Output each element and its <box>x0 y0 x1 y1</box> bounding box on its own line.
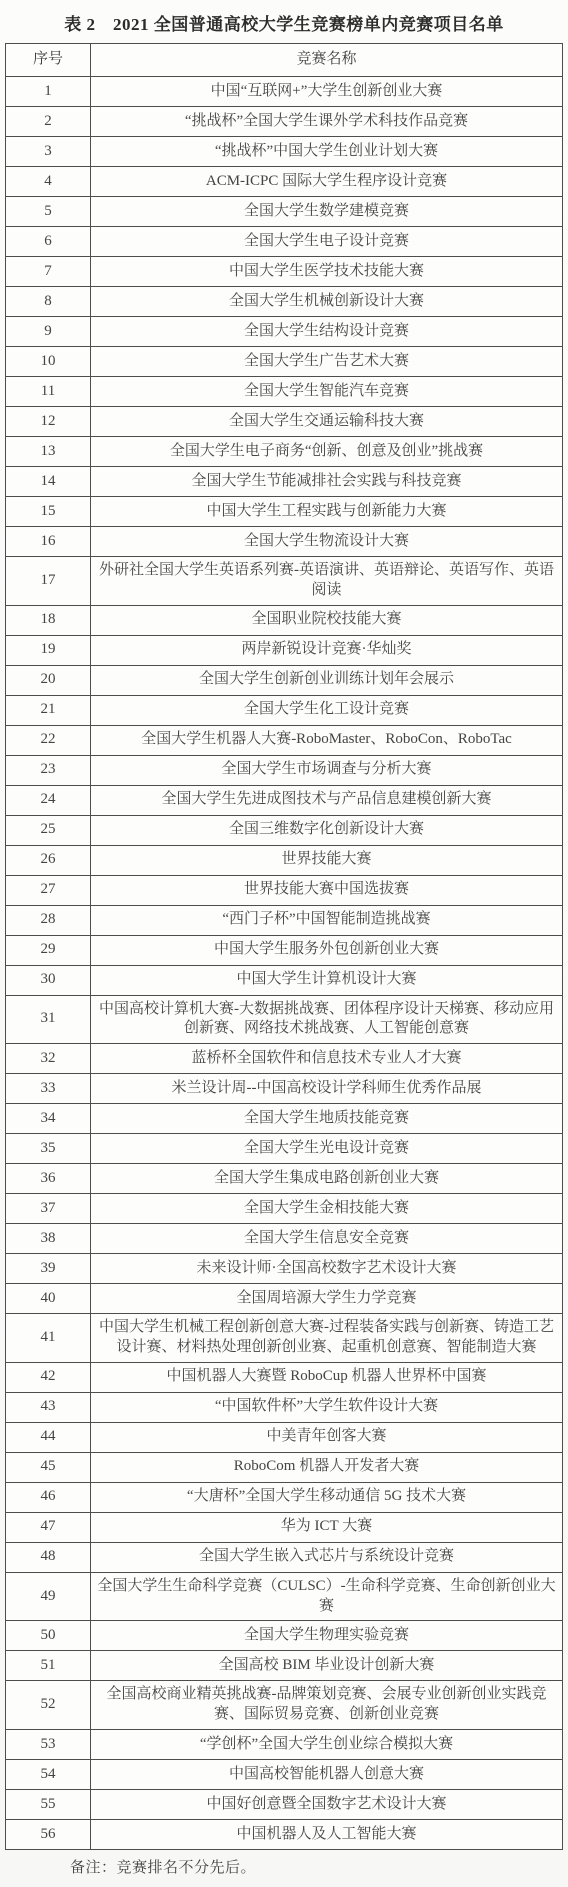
table-row: 35全国大学生光电设计竞赛 <box>6 1134 563 1164</box>
competition-name-cell: 全国大学生金相技能大赛 <box>91 1194 563 1224</box>
row-index-cell: 28 <box>6 905 91 935</box>
row-index-cell: 26 <box>6 845 91 875</box>
competition-name-cell: 蓝桥杯全国软件和信息技术专业人才大赛 <box>91 1044 563 1074</box>
row-index-cell: 45 <box>6 1452 91 1482</box>
table-row: 21全国大学生化工设计竞赛 <box>6 695 563 725</box>
footnote: 备注：竞赛排名不分先后。 <box>4 1850 564 1877</box>
table-row: 8全国大学生机械创新设计大赛 <box>6 287 563 317</box>
competition-name-cell: 全国大学生节能减排社会实践与科技竞赛 <box>91 467 563 497</box>
competition-name-cell: “学创杯”全国大学生创业综合模拟大赛 <box>91 1729 563 1759</box>
table-row: 16全国大学生物流设计大赛 <box>6 527 563 557</box>
competition-name-cell: 全国大学生集成电路创新创业大赛 <box>91 1164 563 1194</box>
competition-name-cell: 中国大学生医学技术技能大赛 <box>91 257 563 287</box>
row-index-cell: 44 <box>6 1422 91 1452</box>
table-row: 28“西门子杯”中国智能制造挑战赛 <box>6 905 563 935</box>
row-index-cell: 35 <box>6 1134 91 1164</box>
row-index-cell: 56 <box>6 1819 91 1849</box>
table-row: 54中国高校智能机器人创意大赛 <box>6 1759 563 1789</box>
table-row: 29中国大学生服务外包创新创业大赛 <box>6 935 563 965</box>
table-row: 4ACM-ICPC 国际大学生程序设计竞赛 <box>6 167 563 197</box>
table-row: 33米兰设计周--中国高校设计学科师生优秀作品展 <box>6 1074 563 1104</box>
row-index-cell: 31 <box>6 995 91 1044</box>
competition-name-cell: 中美青年创客大赛 <box>91 1422 563 1452</box>
competition-name-cell: “西门子杯”中国智能制造挑战赛 <box>91 905 563 935</box>
competition-name-cell: 全国大学生光电设计竞赛 <box>91 1134 563 1164</box>
table-row: 18全国职业院校技能大赛 <box>6 605 563 635</box>
table-row: 32蓝桥杯全国软件和信息技术专业人才大赛 <box>6 1044 563 1074</box>
competition-name-cell: 中国大学生服务外包创新创业大赛 <box>91 935 563 965</box>
table-row: 13全国大学生电子商务“创新、创意及创业”挑战赛 <box>6 437 563 467</box>
table-row: 20全国大学生创新创业训练计划年会展示 <box>6 665 563 695</box>
row-index-cell: 19 <box>6 635 91 665</box>
row-index-cell: 43 <box>6 1392 91 1422</box>
table-row: 55中国好创意暨全国数字艺术设计大赛 <box>6 1789 563 1819</box>
row-index-cell: 15 <box>6 497 91 527</box>
header-cell-index: 序号 <box>6 44 91 77</box>
competition-table-header: 序号 竞赛名称 <box>6 44 563 77</box>
row-index-cell: 36 <box>6 1164 91 1194</box>
row-index-cell: 9 <box>6 317 91 347</box>
competition-name-cell: 全国大学生电子商务“创新、创意及创业”挑战赛 <box>91 437 563 467</box>
table-row: 27世界技能大赛中国选拔赛 <box>6 875 563 905</box>
table-row: 23全国大学生市场调查与分析大赛 <box>6 755 563 785</box>
table-row: 17外研社全国大学生英语系列赛-英语演讲、英语辩论、英语写作、英语阅读 <box>6 557 563 606</box>
competition-name-cell: 米兰设计周--中国高校设计学科师生优秀作品展 <box>91 1074 563 1104</box>
competition-name-cell: 中国好创意暨全国数字艺术设计大赛 <box>91 1789 563 1819</box>
table-row: 56中国机器人及人工智能大赛 <box>6 1819 563 1849</box>
row-index-cell: 18 <box>6 605 91 635</box>
competition-name-cell: 两岸新锐设计竞赛·华灿奖 <box>91 635 563 665</box>
row-index-cell: 29 <box>6 935 91 965</box>
competition-name-cell: 全国大学生化工设计竞赛 <box>91 695 563 725</box>
competition-name-cell: 中国机器人及人工智能大赛 <box>91 1819 563 1849</box>
table-row: 48全国大学生嵌入式芯片与系统设计竞赛 <box>6 1542 563 1572</box>
row-index-cell: 8 <box>6 287 91 317</box>
row-index-cell: 33 <box>6 1074 91 1104</box>
row-index-cell: 55 <box>6 1789 91 1819</box>
table-row: 2“挑战杯”全国大学生课外学术科技作品竞赛 <box>6 107 563 137</box>
competition-name-cell: 中国高校计算机大赛-大数据挑战赛、团体程序设计天梯赛、移动应用创新赛、网络技术挑… <box>91 995 563 1044</box>
row-index-cell: 11 <box>6 377 91 407</box>
row-index-cell: 38 <box>6 1224 91 1254</box>
table-row: 24全国大学生先进成图技术与产品信息建模创新大赛 <box>6 785 563 815</box>
row-index-cell: 54 <box>6 1759 91 1789</box>
table-row: 15中国大学生工程实践与创新能力大赛 <box>6 497 563 527</box>
header-row: 序号 竞赛名称 <box>6 44 563 77</box>
competition-name-cell: 全国大学生生命科学竞赛（CULSC）-生命科学竞赛、生命创新创业大赛 <box>91 1572 563 1621</box>
table-row: 49全国大学生生命科学竞赛（CULSC）-生命科学竞赛、生命创新创业大赛 <box>6 1572 563 1621</box>
row-index-cell: 30 <box>6 965 91 995</box>
row-index-cell: 21 <box>6 695 91 725</box>
row-index-cell: 32 <box>6 1044 91 1074</box>
table-row: 36全国大学生集成电路创新创业大赛 <box>6 1164 563 1194</box>
row-index-cell: 10 <box>6 347 91 377</box>
competition-name-cell: 全国大学生电子设计竞赛 <box>91 227 563 257</box>
row-index-cell: 12 <box>6 407 91 437</box>
row-index-cell: 41 <box>6 1314 91 1363</box>
table-row: 50全国大学生物理实验竞赛 <box>6 1621 563 1651</box>
row-index-cell: 50 <box>6 1621 91 1651</box>
competition-name-cell: “挑战杯”中国大学生创业计划大赛 <box>91 137 563 167</box>
row-index-cell: 39 <box>6 1254 91 1284</box>
row-index-cell: 20 <box>6 665 91 695</box>
table-row: 39未来设计师·全国高校数字艺术设计大赛 <box>6 1254 563 1284</box>
competition-name-cell: 全国大学生嵌入式芯片与系统设计竞赛 <box>91 1542 563 1572</box>
competition-name-cell: 中国大学生计算机设计大赛 <box>91 965 563 995</box>
competition-table: 序号 竞赛名称 1中国“互联网+”大学生创新创业大赛2“挑战杯”全国大学生课外学… <box>5 43 563 1850</box>
competition-name-cell: 全国大学生广告艺术大赛 <box>91 347 563 377</box>
row-index-cell: 27 <box>6 875 91 905</box>
row-index-cell: 34 <box>6 1104 91 1134</box>
competition-name-cell: 外研社全国大学生英语系列赛-英语演讲、英语辩论、英语写作、英语阅读 <box>91 557 563 606</box>
table-row: 30中国大学生计算机设计大赛 <box>6 965 563 995</box>
competition-name-cell: 世界技能大赛中国选拔赛 <box>91 875 563 905</box>
competition-name-cell: 全国大学生交通运输科技大赛 <box>91 407 563 437</box>
competition-name-cell: 全国大学生机械创新设计大赛 <box>91 287 563 317</box>
competition-name-cell: 全国职业院校技能大赛 <box>91 605 563 635</box>
table-row: 26世界技能大赛 <box>6 845 563 875</box>
competition-name-cell: 全国大学生创新创业训练计划年会展示 <box>91 665 563 695</box>
competition-name-cell: 未来设计师·全国高校数字艺术设计大赛 <box>91 1254 563 1284</box>
row-index-cell: 37 <box>6 1194 91 1224</box>
competition-name-cell: 世界技能大赛 <box>91 845 563 875</box>
table-row: 31中国高校计算机大赛-大数据挑战赛、团体程序设计天梯赛、移动应用创新赛、网络技… <box>6 995 563 1044</box>
table-row: 42中国机器人大赛暨 RoboCup 机器人世界杯中国赛 <box>6 1362 563 1392</box>
row-index-cell: 17 <box>6 557 91 606</box>
competition-name-cell: 全国大学生智能汽车竞赛 <box>91 377 563 407</box>
document-page: 表 2 2021 全国普通高校大学生竞赛榜单内竞赛项目名单 序号 竞赛名称 1中… <box>0 0 568 1887</box>
table-row: 7中国大学生医学技术技能大赛 <box>6 257 563 287</box>
competition-name-cell: 全国三维数字化创新设计大赛 <box>91 815 563 845</box>
competition-name-cell: 全国大学生信息安全竞赛 <box>91 1224 563 1254</box>
row-index-cell: 1 <box>6 77 91 107</box>
row-index-cell: 48 <box>6 1542 91 1572</box>
table-row: 44中美青年创客大赛 <box>6 1422 563 1452</box>
row-index-cell: 6 <box>6 227 91 257</box>
table-row: 9全国大学生结构设计竞赛 <box>6 317 563 347</box>
competition-name-cell: “中国软件杯”大学生软件设计大赛 <box>91 1392 563 1422</box>
table-row: 52全国高校商业精英挑战赛-品牌策划竞赛、会展专业创新创业实践竞赛、国际贸易竞赛… <box>6 1681 563 1730</box>
row-index-cell: 16 <box>6 527 91 557</box>
row-index-cell: 47 <box>6 1512 91 1542</box>
competition-name-cell: 中国大学生工程实践与创新能力大赛 <box>91 497 563 527</box>
table-row: 19两岸新锐设计竞赛·华灿奖 <box>6 635 563 665</box>
table-row: 1中国“互联网+”大学生创新创业大赛 <box>6 77 563 107</box>
row-index-cell: 42 <box>6 1362 91 1392</box>
table-row: 51全国高校 BIM 毕业设计创新大赛 <box>6 1651 563 1681</box>
row-index-cell: 14 <box>6 467 91 497</box>
row-index-cell: 51 <box>6 1651 91 1681</box>
competition-name-cell: 全国大学生物理实验竞赛 <box>91 1621 563 1651</box>
table-row: 25全国三维数字化创新设计大赛 <box>6 815 563 845</box>
table-row: 3“挑战杯”中国大学生创业计划大赛 <box>6 137 563 167</box>
row-index-cell: 7 <box>6 257 91 287</box>
table-row: 45RoboCom 机器人开发者大赛 <box>6 1452 563 1482</box>
competition-name-cell: “挑战杯”全国大学生课外学术科技作品竞赛 <box>91 107 563 137</box>
table-row: 34全国大学生地质技能竞赛 <box>6 1104 563 1134</box>
table-row: 12全国大学生交通运输科技大赛 <box>6 407 563 437</box>
table-row: 10全国大学生广告艺术大赛 <box>6 347 563 377</box>
row-index-cell: 24 <box>6 785 91 815</box>
competition-name-cell: ACM-ICPC 国际大学生程序设计竞赛 <box>91 167 563 197</box>
row-index-cell: 13 <box>6 437 91 467</box>
row-index-cell: 4 <box>6 167 91 197</box>
competition-name-cell: 全国大学生机器人大赛-RoboMaster、RoboCon、RoboTac <box>91 725 563 755</box>
table-row: 47华为 ICT 大赛 <box>6 1512 563 1542</box>
competition-name-cell: 全国高校 BIM 毕业设计创新大赛 <box>91 1651 563 1681</box>
competition-name-cell: 全国大学生先进成图技术与产品信息建模创新大赛 <box>91 785 563 815</box>
header-cell-competition-name: 竞赛名称 <box>91 44 563 77</box>
row-index-cell: 46 <box>6 1482 91 1512</box>
table-row: 11全国大学生智能汽车竞赛 <box>6 377 563 407</box>
row-index-cell: 52 <box>6 1681 91 1730</box>
table-row: 38全国大学生信息安全竞赛 <box>6 1224 563 1254</box>
competition-name-cell: 全国高校商业精英挑战赛-品牌策划竞赛、会展专业创新创业实践竞赛、国际贸易竞赛、创… <box>91 1681 563 1730</box>
competition-name-cell: 中国“互联网+”大学生创新创业大赛 <box>91 77 563 107</box>
competition-name-cell: “大唐杯”全国大学生移动通信 5G 技术大赛 <box>91 1482 563 1512</box>
competition-name-cell: 全国周培源大学生力学竞赛 <box>91 1284 563 1314</box>
row-index-cell: 22 <box>6 725 91 755</box>
table-row: 14全国大学生节能减排社会实践与科技竞赛 <box>6 467 563 497</box>
competition-name-cell: 中国高校智能机器人创意大赛 <box>91 1759 563 1789</box>
row-index-cell: 5 <box>6 197 91 227</box>
competition-name-cell: 中国机器人大赛暨 RoboCup 机器人世界杯中国赛 <box>91 1362 563 1392</box>
table-row: 53“学创杯”全国大学生创业综合模拟大赛 <box>6 1729 563 1759</box>
table-row: 41中国大学生机械工程创新创意大赛-过程装备实践与创新赛、铸造工艺设计赛、材料热… <box>6 1314 563 1363</box>
competition-name-cell: 全国大学生市场调查与分析大赛 <box>91 755 563 785</box>
table-row: 22全国大学生机器人大赛-RoboMaster、RoboCon、RoboTac <box>6 725 563 755</box>
row-index-cell: 2 <box>6 107 91 137</box>
competition-name-cell: 中国大学生机械工程创新创意大赛-过程装备实践与创新赛、铸造工艺设计赛、材料热处理… <box>91 1314 563 1363</box>
row-index-cell: 49 <box>6 1572 91 1621</box>
competition-name-cell: 全国大学生结构设计竞赛 <box>91 317 563 347</box>
competition-table-body: 1中国“互联网+”大学生创新创业大赛2“挑战杯”全国大学生课外学术科技作品竞赛3… <box>6 77 563 1850</box>
row-index-cell: 53 <box>6 1729 91 1759</box>
competition-name-cell: 全国大学生数学建模竞赛 <box>91 197 563 227</box>
row-index-cell: 23 <box>6 755 91 785</box>
row-index-cell: 25 <box>6 815 91 845</box>
competition-name-cell: 全国大学生物流设计大赛 <box>91 527 563 557</box>
competition-name-cell: 全国大学生地质技能竞赛 <box>91 1104 563 1134</box>
competition-name-cell: 华为 ICT 大赛 <box>91 1512 563 1542</box>
table-row: 46“大唐杯”全国大学生移动通信 5G 技术大赛 <box>6 1482 563 1512</box>
table-row: 37全国大学生金相技能大赛 <box>6 1194 563 1224</box>
table-row: 43“中国软件杯”大学生软件设计大赛 <box>6 1392 563 1422</box>
competition-name-cell: RoboCom 机器人开发者大赛 <box>91 1452 563 1482</box>
table-row: 5全国大学生数学建模竞赛 <box>6 197 563 227</box>
row-index-cell: 3 <box>6 137 91 167</box>
row-index-cell: 40 <box>6 1284 91 1314</box>
table-row: 40全国周培源大学生力学竞赛 <box>6 1284 563 1314</box>
table-row: 6全国大学生电子设计竞赛 <box>6 227 563 257</box>
table-title: 表 2 2021 全国普通高校大学生竞赛榜单内竞赛项目名单 <box>4 6 564 43</box>
